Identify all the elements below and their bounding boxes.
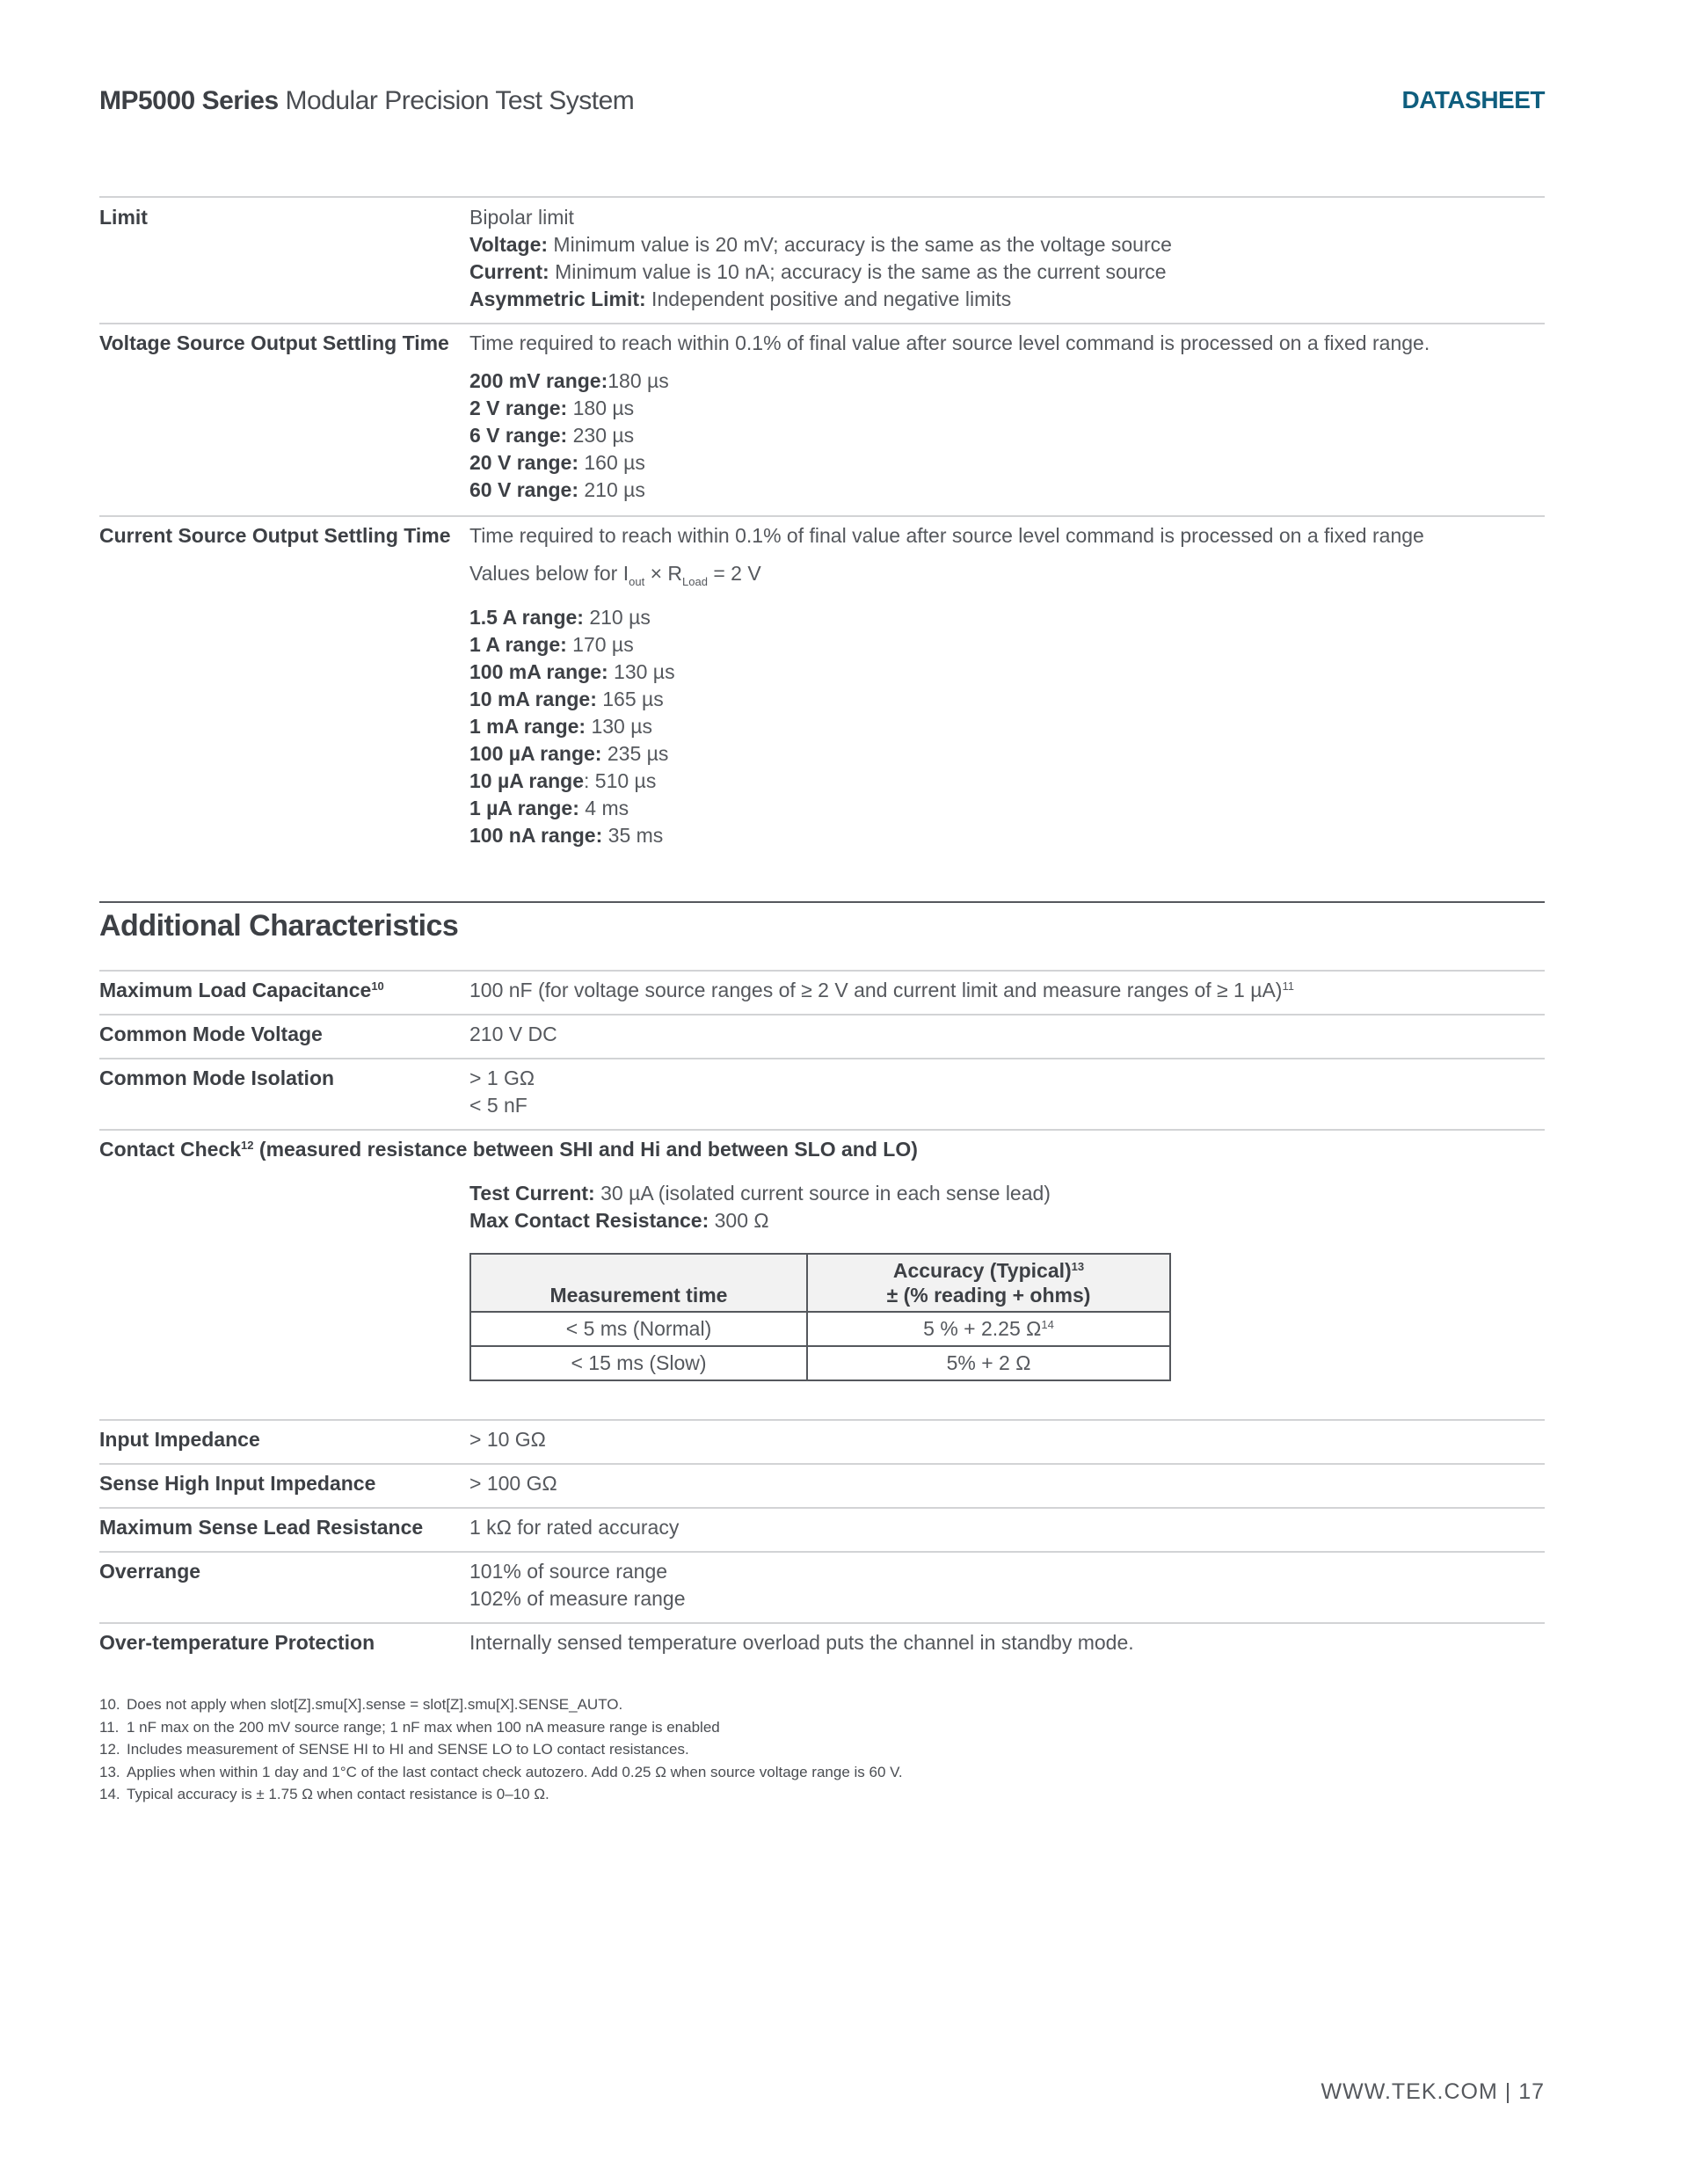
spec-value: 1 kΩ for rated accuracy <box>469 1514 1545 1541</box>
spec-label: Limit <box>99 204 148 231</box>
table-cell: < 15 ms (Slow) <box>470 1346 807 1380</box>
column-header-measurement-time: ± (% reading + ohms)Measurement time <box>470 1254 807 1312</box>
series-name: MP5000 Series <box>99 86 279 115</box>
divider <box>99 1463 1545 1465</box>
footnote: 14.Typical accuracy is ± 1.75 Ω when con… <box>99 1783 903 1806</box>
spec-value: 100 nF (for voltage source ranges of ≥ 2… <box>469 977 1545 1004</box>
footnote: 12.Includes measurement of SENSE HI to H… <box>99 1738 903 1761</box>
spec-label: Sense High Input Impedance <box>99 1470 375 1497</box>
divider <box>99 1129 1545 1131</box>
table-row: < 5 ms (Normal) 5 % + 2.25 Ω14 <box>470 1312 1170 1346</box>
divider <box>99 1058 1545 1059</box>
spec-label: Current Source Output Settling Time <box>99 522 451 550</box>
footnote: 11.1 nF max on the 200 mV source range; … <box>99 1716 903 1739</box>
section-title: Additional Characteristics <box>99 909 458 943</box>
page-header: MP5000 Series Modular Precision Test Sys… <box>99 86 1545 121</box>
divider <box>99 1419 1545 1421</box>
spec-value: > 10 GΩ <box>469 1426 1545 1453</box>
spec-value: 210 V DC <box>469 1021 1545 1048</box>
table-cell: 5 % + 2.25 Ω14 <box>807 1312 1170 1346</box>
divider <box>99 1507 1545 1509</box>
series-subtitle: Modular Precision Test System <box>286 86 635 115</box>
divider <box>99 1014 1545 1016</box>
page-footer: WWW.TEK.COM | 17 <box>1321 2079 1545 2105</box>
spec-label: Voltage Source Output Settling Time <box>99 330 449 357</box>
spec-value: > 1 GΩ < 5 nF <box>469 1065 1545 1119</box>
spec-label: Maximum Sense Lead Resistance <box>99 1514 423 1541</box>
table-cell: < 5 ms (Normal) <box>470 1312 807 1346</box>
footnotes: 10.Does not apply when slot[Z].smu[X].se… <box>99 1693 903 1806</box>
document-title: MP5000 Series Modular Precision Test Sys… <box>99 86 634 115</box>
website-link[interactable]: WWW.TEK.COM <box>1321 2079 1498 2104</box>
spec-label: Over-temperature Protection <box>99 1629 375 1656</box>
spec-value: Time required to reach within 0.1% of fi… <box>469 522 1545 849</box>
divider <box>99 1622 1545 1624</box>
table-cell: 5% + 2 Ω <box>807 1346 1170 1380</box>
spec-value: Time required to reach within 0.1% of fi… <box>469 330 1545 504</box>
divider <box>99 1551 1545 1553</box>
column-header-accuracy: Accuracy (Typical)13± (% reading + ohms) <box>807 1254 1170 1312</box>
table-row: < 15 ms (Slow) 5% + 2 Ω <box>470 1346 1170 1380</box>
footnote: 10.Does not apply when slot[Z].smu[X].se… <box>99 1693 903 1716</box>
section-divider <box>99 901 1545 903</box>
table-header-row: ± (% reading + ohms)Measurement time Acc… <box>470 1254 1170 1312</box>
spec-label: Common Mode Isolation <box>99 1065 334 1092</box>
spec-value: Test Current: 30 µA (isolated current so… <box>469 1180 1545 1234</box>
spec-label: Contact Check12 (measured resistance bet… <box>99 1136 918 1163</box>
divider <box>99 323 1545 324</box>
spec-value: Bipolar limit Voltage: Minimum value is … <box>469 204 1545 313</box>
spec-label: Maximum Load Capacitance10 <box>99 977 384 1004</box>
divider <box>99 970 1545 972</box>
footnote: 13.Applies when within 1 day and 1°C of … <box>99 1761 903 1784</box>
divider <box>99 515 1545 517</box>
contact-check-accuracy-table: ± (% reading + ohms)Measurement time Acc… <box>469 1253 1171 1381</box>
divider <box>99 196 1545 198</box>
doc-type-label: DATASHEET <box>1402 86 1545 114</box>
spec-value: > 100 GΩ <box>469 1470 1545 1497</box>
spec-value: 101% of source range 102% of measure ran… <box>469 1558 1545 1613</box>
spec-value: Internally sensed temperature overload p… <box>469 1629 1545 1656</box>
page-number: 17 <box>1518 2079 1545 2104</box>
spec-label: Overrange <box>99 1558 200 1585</box>
spec-label: Input Impedance <box>99 1426 260 1453</box>
spec-label: Common Mode Voltage <box>99 1021 323 1048</box>
